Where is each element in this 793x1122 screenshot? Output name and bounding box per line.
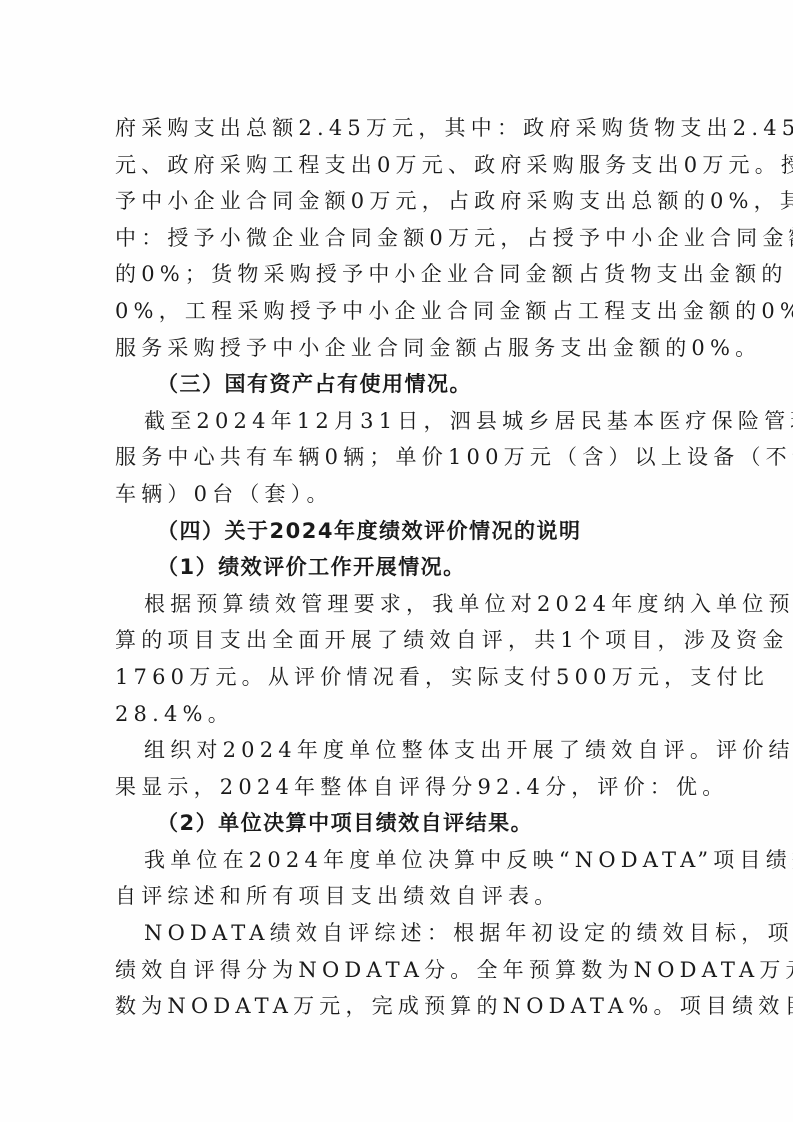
text-line: 车辆）0台（套）。 (115, 476, 695, 513)
heading-evaluation-work: （1）绩效评价工作开展情况。 (115, 549, 695, 586)
heading-state-assets: （三）国有资产占有使用情况。 (115, 366, 695, 403)
evaluation-work-paragraph: 根据预算绩效管理要求，我单位对2024年度纳入单位预 算的项目支出全面开展了绩效… (115, 586, 695, 732)
text-line: 组织对2024年度单位整体支出开展了绩效自评。评价结 (115, 732, 695, 769)
document-page: 府采购支出总额2.45万元，其中：政府采购货物支出2.45万 元、政府采购工程支… (0, 0, 793, 1122)
text-line: 1760万元。从评价情况看，实际支付500万元，支付比 (115, 659, 695, 696)
text-line: 府采购支出总额2.45万元，其中：政府采购货物支出2.45万 (115, 110, 695, 147)
assets-paragraph: 截至2024年12月31日，泗县城乡居民基本医疗保险管理 服务中心共有车辆0辆；… (115, 403, 695, 513)
text-line: 数为NODATA万元，完成预算的NODATA%。项目绩效目标完成情 (115, 988, 695, 1025)
text-line: 绩效自评得分为NODATA分。全年预算数为NODATA万元，执行 (115, 952, 695, 989)
text-line: 我单位在2024年度单位决算中反映“NODATA”项目绩效 (115, 842, 695, 879)
project-results-paragraph: 我单位在2024年度单位决算中反映“NODATA”项目绩效 自评综述和所有项目支… (115, 842, 695, 915)
overall-evaluation-paragraph: 组织对2024年度单位整体支出开展了绩效自评。评价结 果显示，2024年整体自评… (115, 732, 695, 805)
text-line: 的0%；货物采购授予中小企业合同金额占货物支出金额的 (115, 256, 695, 293)
text-line: 元、政府采购工程支出0万元、政府采购服务支出0万元。授 (115, 147, 695, 184)
text-line: 果显示，2024年整体自评得分92.4分，评价：优。 (115, 769, 695, 806)
document-body: 府采购支出总额2.45万元，其中：政府采购货物支出2.45万 元、政府采购工程支… (115, 110, 695, 1025)
text-line: 自评综述和所有项目支出绩效自评表。 (115, 878, 695, 915)
text-line: 服务采购授予中小企业合同金额占服务支出金额的0%。 (115, 330, 695, 367)
procurement-paragraph: 府采购支出总额2.45万元，其中：政府采购货物支出2.45万 元、政府采购工程支… (115, 110, 695, 366)
text-line: NODATA绩效自评综述：根据年初设定的绩效目标，项目 (115, 915, 695, 952)
text-line: 0%，工程采购授予中小企业合同金额占工程支出金额的0%， (115, 293, 695, 330)
text-line: 28.4%。 (115, 696, 695, 733)
text-line: 算的项目支出全面开展了绩效自评，共1个项目，涉及资金 (115, 622, 695, 659)
text-line: 服务中心共有车辆0辆；单价100万元（含）以上设备（不含 (115, 439, 695, 476)
text-line: 截至2024年12月31日，泗县城乡居民基本医疗保险管理 (115, 403, 695, 440)
heading-project-results: （2）单位决算中项目绩效自评结果。 (115, 805, 695, 842)
text-line: 根据预算绩效管理要求，我单位对2024年度纳入单位预 (115, 586, 695, 623)
heading-performance-evaluation: （四）关于2024年度绩效评价情况的说明 (115, 513, 695, 550)
text-line: 予中小企业合同金额0万元，占政府采购支出总额的0%，其 (115, 183, 695, 220)
nodata-summary-paragraph: NODATA绩效自评综述：根据年初设定的绩效目标，项目 绩效自评得分为NODAT… (115, 915, 695, 1025)
text-line: 中：授予小微企业合同金额0万元，占授予中小企业合同金额 (115, 220, 695, 257)
